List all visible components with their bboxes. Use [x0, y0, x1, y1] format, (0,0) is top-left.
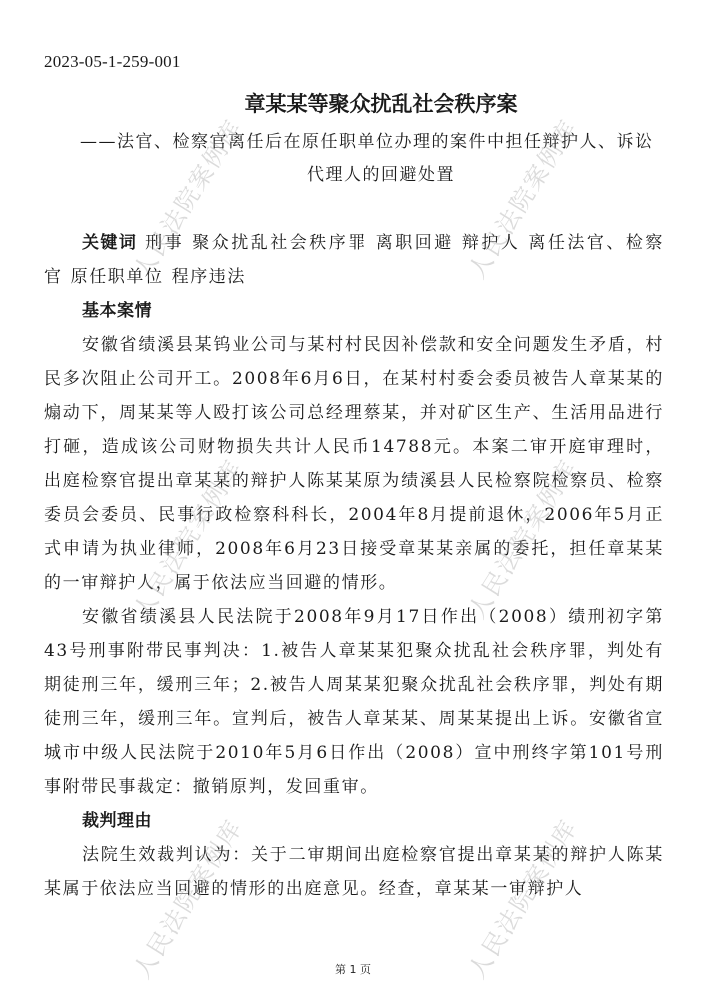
section-heading-reasoning: 裁判理由 — [44, 804, 664, 838]
keyword: 聚众扰乱社会秩序罪 — [192, 233, 368, 253]
keyword: 程序违法 — [172, 267, 246, 287]
case-subtitle-line2: 代理人的回避处置 — [0, 160, 706, 185]
document-page: 2023-05-1-259-001 章某某等聚众扰乱社会秩序案 ——法官、检察官… — [0, 0, 706, 999]
keyword: 离职回避 — [376, 233, 454, 253]
keywords-label: 关键词 — [82, 233, 137, 253]
page-number: 第 1 页 — [0, 961, 706, 977]
keyword: 辩护人 — [462, 233, 521, 253]
section-heading-basic-facts: 基本案情 — [44, 294, 664, 328]
facts-paragraph-2: 安徽省绩溪县人民法院于2008年9月17日作出（2008）绩刑初字第43号刑事附… — [44, 600, 664, 804]
case-subtitle-line1: ——法官、检察官离任后在原任职单位办理的案件中担任辩护人、诉讼 — [80, 124, 680, 160]
keyword: 原任职单位 — [71, 267, 164, 287]
facts-paragraph-1: 安徽省绩溪县某钨业公司与某村村民因补偿款和安全问题发生矛盾，村民多次阻止公司开工… — [44, 328, 664, 600]
document-body: 关键词 刑事聚众扰乱社会秩序罪离职回避辩护人离任法官、检察官原任职单位程序违法 … — [44, 226, 664, 906]
reasoning-paragraph-1: 法院生效裁判认为：关于二审期间出庭检察官提出章某某的辩护人陈某某属于依法应当回避… — [44, 838, 664, 906]
case-id: 2023-05-1-259-001 — [44, 52, 181, 72]
case-title: 章某某等聚众扰乱社会秩序案 — [0, 88, 706, 118]
keyword: 刑事 — [145, 233, 184, 253]
keywords-paragraph: 关键词 刑事聚众扰乱社会秩序罪离职回避辩护人离任法官、检察官原任职单位程序违法 — [44, 226, 664, 294]
